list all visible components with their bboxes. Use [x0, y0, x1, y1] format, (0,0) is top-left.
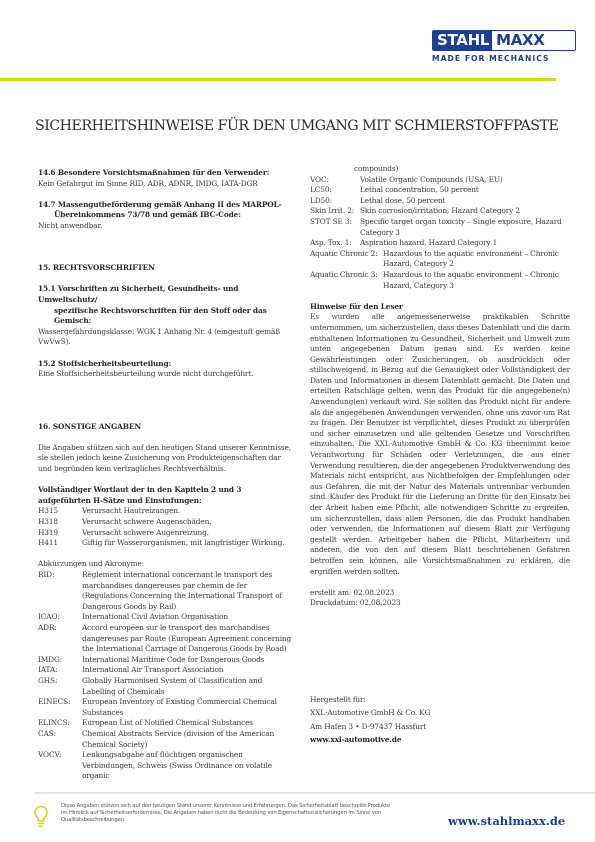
section-heading: 15.2 Stoffsicherheitsbeurteilung:: [38, 359, 293, 370]
item-text: Règlement international concernant le tr…: [82, 570, 293, 612]
right-column: compounds) VOC:Volatile Organic Compound…: [310, 164, 570, 747]
item-text: Verursacht Hautreizungen.: [82, 506, 293, 517]
item-text: Specific target organ toxicity – Single …: [360, 217, 570, 238]
item-text: European List of Notified Chemical Subst…: [82, 718, 293, 729]
item-text: Lenkungsabgabe auf flüchtigen organische…: [82, 750, 293, 782]
list-item: IATA:International Air Transport Associa…: [38, 665, 293, 676]
item-text: European Inventory of Existing Commercia…: [82, 697, 293, 718]
section-14-7: 14.7 Massengutbeförderung gemäß Anhang I…: [38, 200, 293, 232]
item-key: VOC:: [310, 175, 360, 186]
manufacturer-block: Hergestellt für: XXL-Automotive GmbH & C…: [310, 693, 570, 747]
logo-tagline: MADE FOR MECHANICS: [432, 54, 576, 63]
item-key: ELINCS:: [38, 718, 82, 729]
item-text: International Maritime Code for Dangerou…: [82, 655, 293, 666]
footer-disclaimer: Diese Angaben stützen sich auf den heuti…: [61, 803, 391, 825]
list-item: ADR:Accord européen sur le transport des…: [38, 623, 293, 655]
logo-stahl: STAHL: [433, 31, 492, 50]
list-item: LC50:Lethal concentration, 50 percent: [310, 185, 570, 196]
list-item: Asp. Tox. 1:Aspiration hazard, Hazard Ca…: [310, 238, 570, 249]
item-text: Hazardous to the aquatic environment – C…: [383, 249, 570, 270]
item-key: Aquatic Chronic 3:: [310, 270, 383, 291]
section-heading-cont: Übereinkommens 73/78 und gemäß IBC-Code:: [38, 210, 293, 221]
item-text: Verursacht schwere Augenreizung.: [82, 528, 293, 539]
item-text: Globally Harmonised System of Classifica…: [82, 676, 293, 697]
item-text: Lethal dose, 50 percent: [360, 196, 570, 207]
section-14-6: 14.6 Besondere Vorsichtsmaßnahmen für de…: [38, 168, 293, 189]
section-15-1: 15.1 Vorschriften zu Sicherheit, Gesundh…: [38, 284, 293, 348]
list-item: STOT SE 3:Specific target organ toxicity…: [310, 217, 570, 238]
item-key: H315: [38, 506, 82, 517]
list-item: ICAO:International Civil Aviation Organi…: [38, 612, 293, 623]
h-statements-heading: Vollständiger Wortlaut der in den Kapite…: [38, 485, 293, 506]
item-key: H319: [38, 528, 82, 539]
reader-notes-heading: Hinweise für den Leser: [310, 302, 570, 313]
section-heading-cont: spezifische Rechtsvorschriften für den S…: [38, 306, 293, 327]
item-text: Accord européen sur le transport des mar…: [82, 623, 293, 655]
list-item: H411Giftig für Wasserorganismen, mit lan…: [38, 538, 293, 549]
manufacturer-label: Hergestellt für:: [310, 693, 570, 707]
abbreviations-list: RID:Règlement international concernant l…: [38, 570, 293, 782]
footer-divider: [34, 792, 595, 794]
item-key: CAS:: [38, 729, 82, 750]
list-item: VOCV:Lenkungsabgabe auf flüchtigen organ…: [38, 750, 293, 782]
section-15-heading: 15. RECHTSVORSCHRIFTEN: [38, 263, 293, 274]
section-heading: 14.7 Massengutbeförderung gemäß Anhang I…: [38, 200, 293, 211]
item-key: ADR:: [38, 623, 82, 655]
section-16-heading: 16. SONSTIGE ANGABEN: [38, 422, 293, 433]
h-statements-list: H315Verursacht Hautreizungen.H318Verursa…: [38, 506, 293, 548]
list-item: H318Verursacht schwere Augenschäden.: [38, 517, 293, 528]
list-item: VOC:Volatile Organic Compounds (USA, EU): [310, 175, 570, 186]
manufacturer-url[interactable]: www.xxl-automotive.de: [310, 733, 570, 747]
section-heading: 15.1 Vorschriften zu Sicherheit, Gesundh…: [38, 284, 293, 305]
abbreviations-list: VOC:Volatile Organic Compounds (USA, EU)…: [310, 175, 570, 249]
list-item: EINECS:European Inventory of Existing Co…: [38, 697, 293, 718]
section-text: Wassergefährdungsklasse: WGK 1 Anhang Nr…: [38, 327, 293, 348]
item-key: Aquatic Chronic 2:: [310, 249, 383, 270]
logo-maxx: MAXX: [492, 31, 548, 50]
list-item: ELINCS:European List of Notified Chemica…: [38, 718, 293, 729]
item-text: Hazardous to the aquatic environment – C…: [383, 270, 570, 291]
lightbulb-icon: [33, 805, 49, 829]
item-key: EINECS:: [38, 697, 82, 718]
print-date: Druckdatum: 02.08.2023: [310, 598, 570, 609]
item-text: Giftig für Wasserorganismen, mit langfri…: [82, 538, 293, 549]
item-key: H411: [38, 538, 82, 549]
logo-wordmark: STAHL MAXX: [432, 30, 576, 51]
footer-website-link[interactable]: www.stahlmaxx.de: [448, 814, 565, 828]
manufacturer-address: Am Hafen 3 • D-97437 Hassfurt: [310, 720, 570, 734]
item-text: Chemical Abstracts Service (division of …: [82, 729, 293, 750]
item-text: Volatile Organic Compounds (USA, EU): [360, 175, 570, 186]
list-item: LD50:Lethal dose, 50 percent: [310, 196, 570, 207]
item-text: International Civil Aviation Organisatio…: [82, 612, 293, 623]
item-key: GHS:: [38, 676, 82, 697]
item-key: VOCV:: [38, 750, 82, 782]
created-date: erstellt am: 02.08.2023: [310, 588, 570, 599]
item-key: RID:: [38, 570, 82, 612]
list-item: RID:Règlement international concernant l…: [38, 570, 293, 612]
item-key: IMDG:: [38, 655, 82, 666]
item-key: Skin Irrit. 2:: [310, 206, 360, 217]
header-accent-line: [0, 78, 556, 81]
item-key: LD50:: [310, 196, 360, 207]
list-item: IMDG:International Maritime Code for Dan…: [38, 655, 293, 666]
item-key: ICAO:: [38, 612, 82, 623]
abbreviations-heading: Abkürzungen und Akronyme:: [38, 559, 293, 570]
section-text: Nicht anwendbar.: [38, 221, 293, 232]
item-key: STOT SE 3:: [310, 217, 360, 238]
list-item: Aquatic Chronic 2:Hazardous to the aquat…: [310, 249, 570, 270]
item-key: Asp. Tox. 1:: [310, 238, 360, 249]
list-item: CAS:Chemical Abstracts Service (division…: [38, 729, 293, 750]
list-item: Skin Irrit. 2:Skin corrosion/irritation,…: [310, 206, 570, 217]
item-text: Verursacht schwere Augenschäden.: [82, 517, 293, 528]
section-16-intro: Die Angaben stützen sich auf den heutige…: [38, 443, 293, 475]
section-text: Kein Gefahrgut im Sinne RID, ADR, ADNR, …: [38, 179, 293, 190]
section-text: Eine Stoffsicherheitsbeurteilung wurde n…: [38, 369, 293, 380]
list-item: GHS:Globally Harmonised System of Classi…: [38, 676, 293, 697]
item-text: Lethal concentration, 50 percent: [360, 185, 570, 196]
item-key: LC50:: [310, 185, 360, 196]
item-key: H318: [38, 517, 82, 528]
item-text: International Air Transport Association: [82, 665, 293, 676]
item-text: Aspiration hazard, Hazard Category 1: [360, 238, 570, 249]
list-item: Aquatic Chronic 3:Hazardous to the aquat…: [310, 270, 570, 291]
stahlmaxx-logo: STAHL MAXX MADE FOR MECHANICS: [432, 30, 576, 63]
section-15-2: 15.2 Stoffsicherheitsbeurteilung: Eine S…: [38, 359, 293, 380]
abbreviation-continued: compounds): [310, 164, 570, 175]
item-text: Skin corrosion/irritation, Hazard Catego…: [360, 206, 570, 217]
list-item: H319Verursacht schwere Augenreizung.: [38, 528, 293, 539]
reader-notes-text: Es wurden alle angemessenerweise praktik…: [310, 312, 570, 577]
aquatic-list: Aquatic Chronic 2:Hazardous to the aquat…: [310, 249, 570, 291]
page-title: SICHERHEITSHINWEISE FÜR DEN UMGANG MIT S…: [35, 118, 558, 134]
manufacturer-company: XXL-Automotive GmbH & Co. KG: [310, 706, 570, 720]
section-heading: 14.6 Besondere Vorsichtsmaßnahmen für de…: [38, 168, 293, 179]
list-item: H315Verursacht Hautreizungen.: [38, 506, 293, 517]
item-key: IATA:: [38, 665, 82, 676]
left-column: 14.6 Besondere Vorsichtsmaßnahmen für de…: [38, 168, 293, 782]
